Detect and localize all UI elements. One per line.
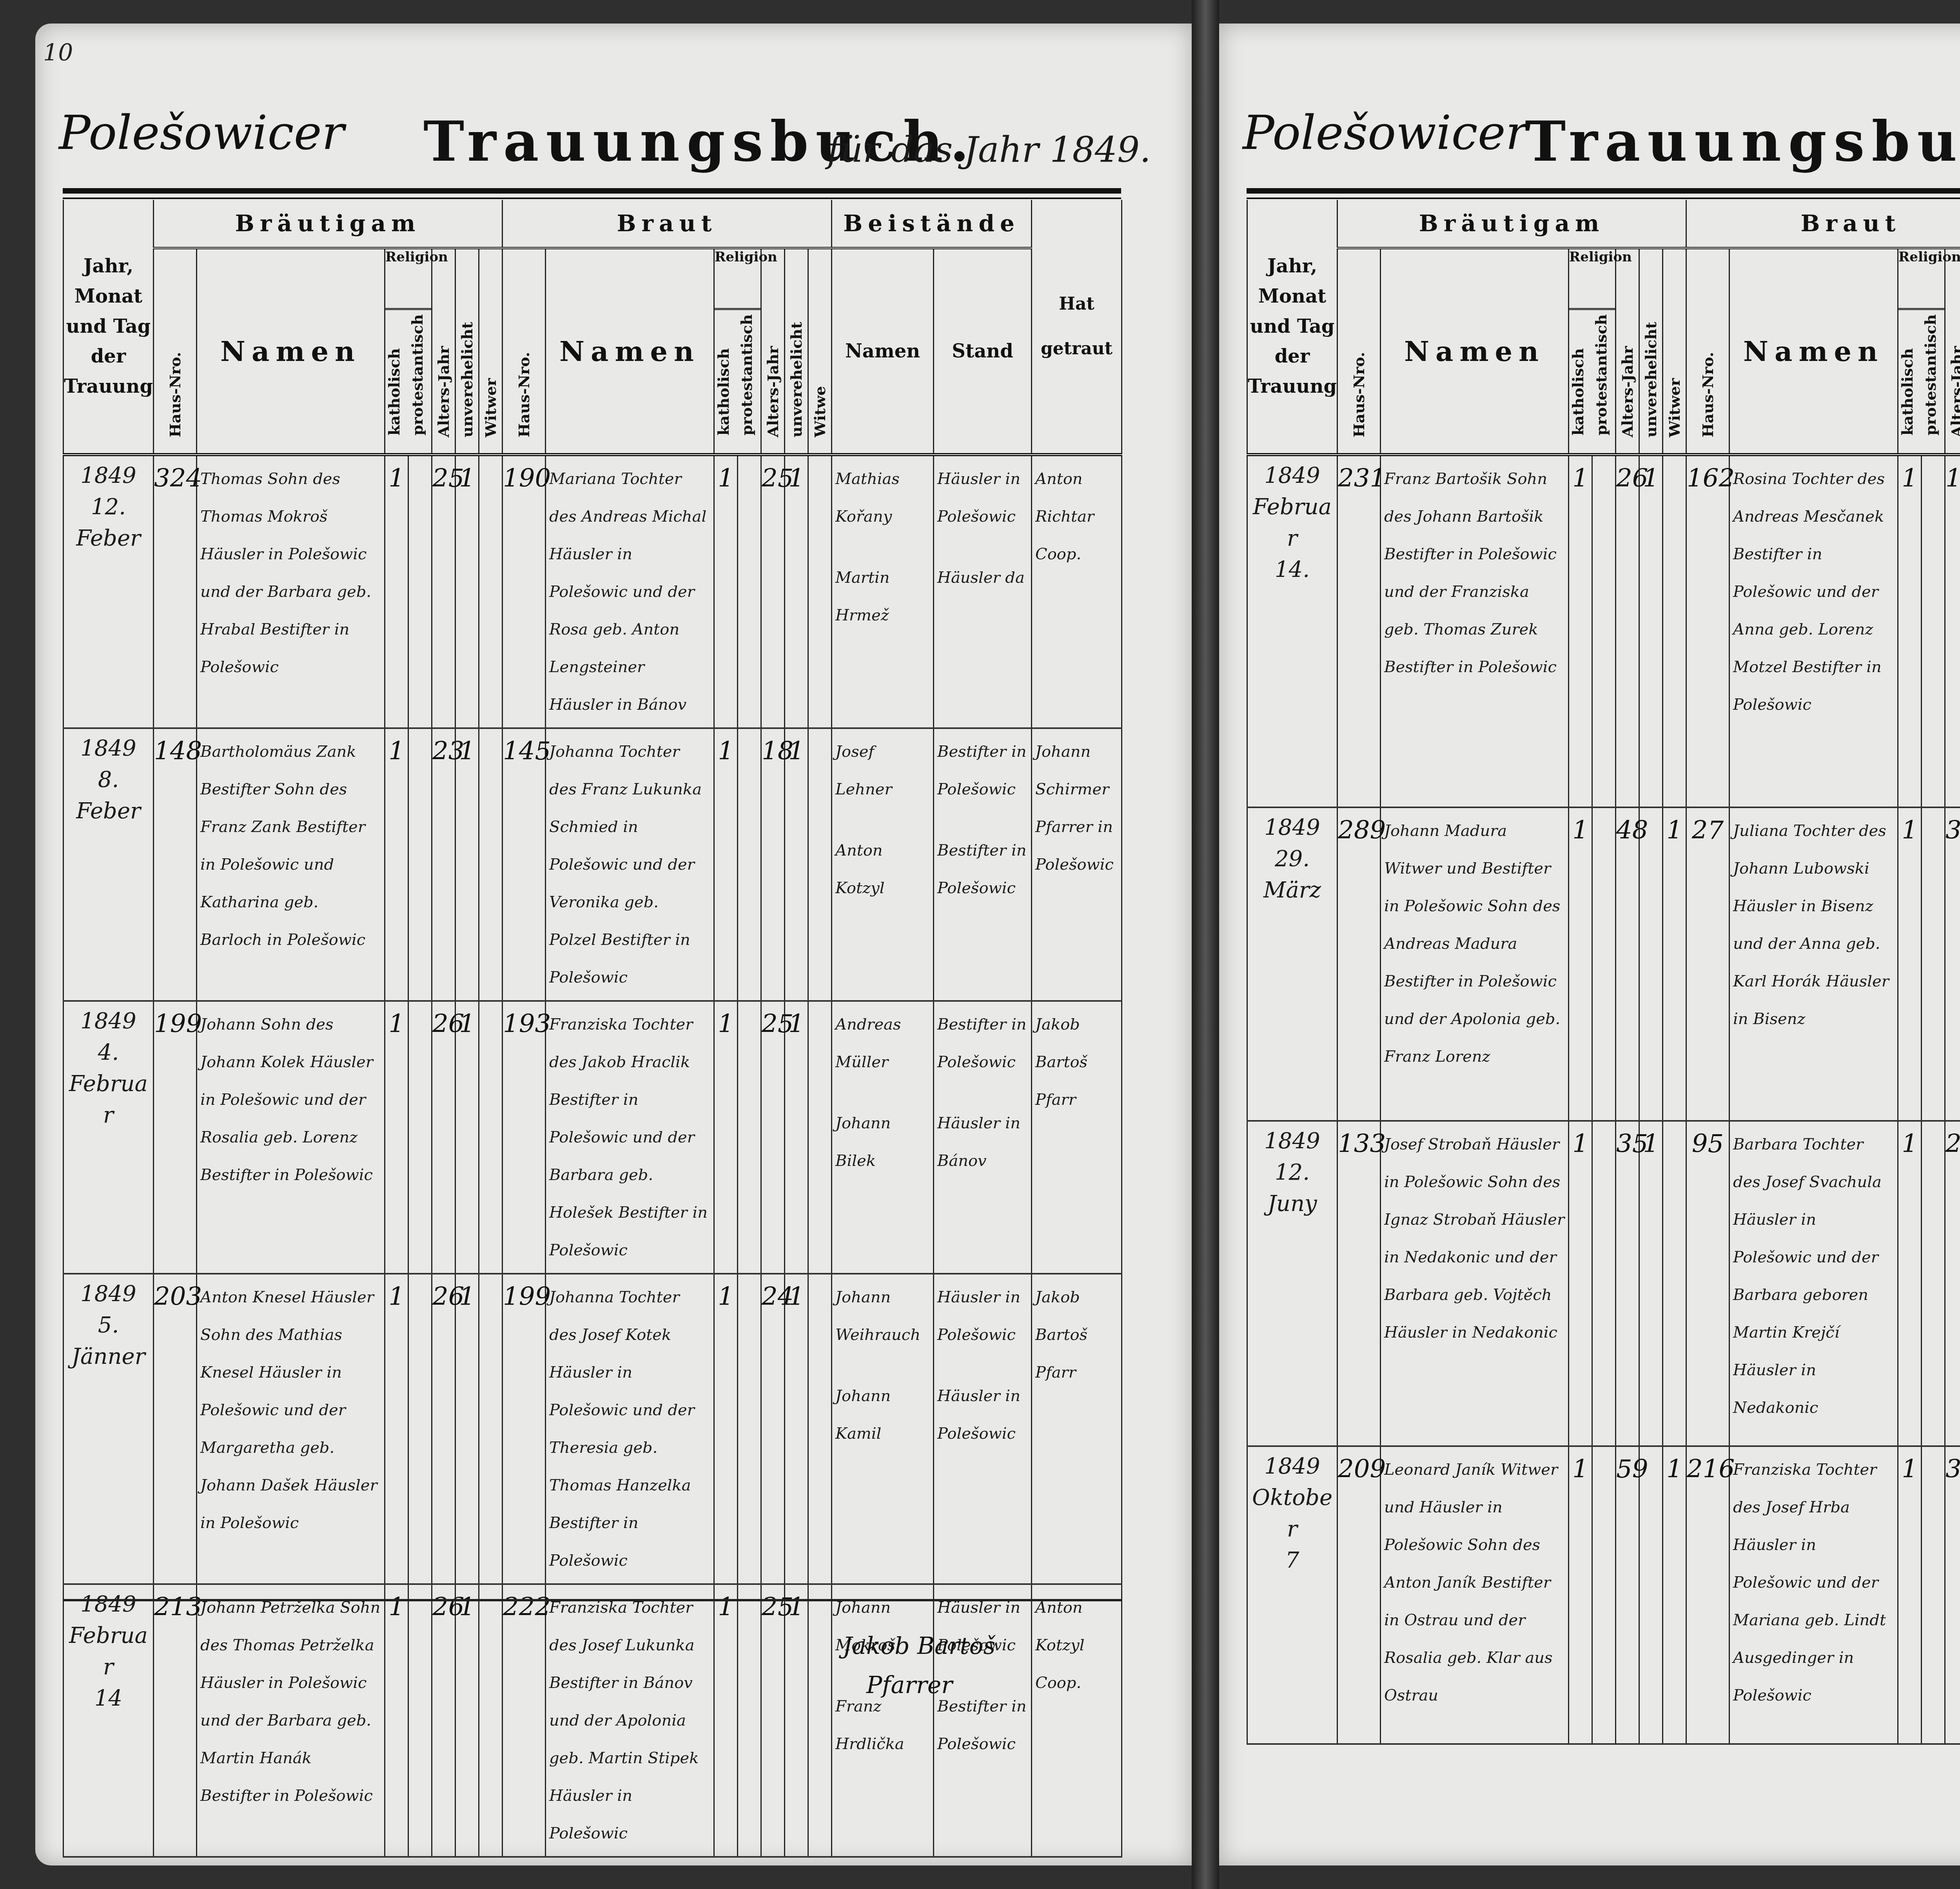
register-entry: 1849Februar14213Johann Petrželka Sohn de… xyxy=(64,1584,1122,1857)
groom-widower-mark xyxy=(479,1001,503,1274)
bride-widow-mark xyxy=(808,1584,832,1857)
date-line: Oktober xyxy=(1251,1482,1334,1545)
bride-catholic-mark: 1 xyxy=(714,1274,738,1584)
bride-description: Franziska Tochter des Josef Lukunka Best… xyxy=(546,1584,714,1857)
witness-status-text: Häusler da xyxy=(937,559,1028,596)
bride-widow-header-label: Witwe xyxy=(811,249,829,437)
groom-catholic-mark: 1 xyxy=(385,728,408,1001)
header-sub-row: Haus-Nro.NamenReligionkatholischprotesta… xyxy=(64,248,1122,455)
groom-catholic-label: katholisch xyxy=(385,310,408,435)
groom-widower-mark xyxy=(1663,1121,1686,1446)
marriage-date: 1849Februar14. xyxy=(1247,455,1338,807)
bride-unmarried-mark: 1 xyxy=(785,1584,808,1857)
marriage-date: 18498. Feber xyxy=(64,728,154,1001)
witness-status-text: Bestifter in Polešowic xyxy=(937,733,1028,808)
witness-names: Johann MokrošFranz Hrdlička xyxy=(832,1584,934,1857)
groom-description: Leonard Janík Witwer und Häusler in Pole… xyxy=(1381,1446,1569,1744)
groom-widower-header: Witwer xyxy=(479,248,503,455)
closing-rule xyxy=(63,1599,1121,1601)
bride-name-header: Namen xyxy=(1730,248,1898,455)
marriage-date: 18494. Februar xyxy=(64,1001,154,1274)
groom-widower-mark: 1 xyxy=(1663,807,1686,1121)
bride-description: Mariana Tochter des Andreas Michal Häusl… xyxy=(546,455,714,728)
groom-description: Josef Strobaň Häusler in Polešowic Sohn … xyxy=(1381,1121,1569,1446)
groom-unmarried-mark xyxy=(1639,807,1663,1121)
groom-religion-split: katholischprotestantisch xyxy=(385,310,431,435)
witness-status-text: Häusler in Polešowic xyxy=(937,1278,1028,1354)
bride-religion-header: Religionkatholischprotestantisch xyxy=(1898,248,1945,455)
groom-protestant-mark xyxy=(408,1584,432,1857)
bride-age: 26 xyxy=(1945,1121,1960,1446)
groom-catholic-mark: 1 xyxy=(385,1001,408,1274)
groom-protestant-mark xyxy=(408,455,432,728)
date-line: Februar xyxy=(67,1620,150,1683)
groom-widower-mark xyxy=(479,1274,503,1584)
groom-catholic-label: katholisch xyxy=(1569,310,1592,435)
bride-age: 36 xyxy=(1945,1446,1960,1744)
date-header-line: und Tag xyxy=(1248,312,1337,342)
header-sub-row: Haus-Nro.NamenReligionkatholischprotesta… xyxy=(1247,248,1960,455)
bride-age-header-label: Alters-Jahr xyxy=(764,249,782,437)
date-line: 7 xyxy=(1251,1545,1334,1576)
register-entry: 18494. Februar199Johann Sohn des Johann … xyxy=(64,1001,1122,1274)
witness-names: Johann WeihrauchJohann Kamil xyxy=(832,1274,934,1584)
groom-age-header: Alters-Jahr xyxy=(432,248,456,455)
groom-age-header-label: Alters-Jahr xyxy=(435,249,452,437)
date-line: 1849 xyxy=(1251,812,1334,843)
bride-house-header-label: Haus-Nro. xyxy=(1699,249,1717,437)
groom-age: 25 xyxy=(432,455,456,728)
bride-catholic-mark: 1 xyxy=(714,1001,738,1274)
groom-house-number: 199 xyxy=(154,1001,197,1274)
groom-protestant-mark xyxy=(1592,1121,1616,1446)
witness-status-text: Bestifter in Polešowic xyxy=(937,832,1028,907)
groom-protestant-mark xyxy=(1592,455,1616,807)
date-header-line: der xyxy=(1248,341,1337,372)
date-header-line: Trauung xyxy=(64,372,153,402)
bride-protestant-mark xyxy=(738,728,761,1001)
witness-name: Anton Kotzyl xyxy=(835,832,930,907)
bride-house-number: 216 xyxy=(1686,1446,1730,1744)
date-header-line: Monat xyxy=(64,281,153,312)
bride-description: Franziska Tochter des Jakob Hraclik Best… xyxy=(546,1001,714,1274)
groom-protestant-label: protestantisch xyxy=(408,310,432,435)
groom-protestant-mark xyxy=(1592,807,1616,1121)
witness-status: Häusler in PolešowicHäusler da xyxy=(934,455,1032,728)
date-line: 1849 xyxy=(67,733,150,764)
groom-religion-label: Religion xyxy=(385,249,431,310)
register-entry: 18495. Jänner203Anton Knesel Häusler Soh… xyxy=(64,1274,1122,1584)
bride-house-number: 27 xyxy=(1686,807,1730,1121)
date-header-line: Jahr, xyxy=(64,251,153,281)
groom-religion-label: Religion xyxy=(1569,249,1615,310)
register-entry: 184912. Juny133Josef Strobaň Häusler in … xyxy=(1247,1121,1960,1446)
right-page: 11 Polešowicer Trauungsbuch. für das Jah… xyxy=(1219,24,1960,1865)
bride-widow-mark xyxy=(808,1001,832,1274)
date-line: 1849 xyxy=(67,1278,150,1310)
groom-age: 26 xyxy=(432,1274,456,1584)
left-page: 10 Polešowicer Trauungsbuch. für das Jah… xyxy=(35,24,1192,1865)
groom-house-number: 148 xyxy=(154,728,197,1001)
witness-name: Mathias Kořany xyxy=(835,460,930,535)
bride-catholic-mark: 1 xyxy=(714,728,738,1001)
parish-name: Polešowicer xyxy=(1243,106,1528,160)
date-line: 5. Jänner xyxy=(67,1310,150,1372)
date-line: 1849 xyxy=(67,1006,150,1037)
bride-widow-mark xyxy=(808,455,832,728)
groom-widower-mark xyxy=(479,728,503,1001)
bride-protestant-label: protestantisch xyxy=(1922,310,1945,435)
marriage-date: 1849Februar14 xyxy=(64,1584,154,1857)
groom-description: Johann Sohn des Johann Kolek Häusler in … xyxy=(197,1001,385,1274)
groom-widower-header: Witwer xyxy=(1663,248,1686,455)
witness-status-text: Häusler in Bánov xyxy=(937,1104,1028,1180)
groom-unmarried-header-label: unverehelicht xyxy=(458,249,476,437)
groom-house-number: 231 xyxy=(1338,455,1381,807)
groom-widower-header-label: Witwer xyxy=(482,249,499,437)
bride-protestant-mark xyxy=(738,455,761,728)
witness-status-header: Stand xyxy=(934,248,1032,455)
bride-age: 19 xyxy=(1945,455,1960,807)
bride-religion-split: katholischprotestantisch xyxy=(715,310,760,435)
register-entry: 184929. März289Johann Madura Witwer und … xyxy=(1247,807,1960,1121)
witness-names: Mathias KořanyMartin Hrmež xyxy=(832,455,934,728)
witness-status: Häusler in PolešowicBestifter in Polešow… xyxy=(934,1584,1032,1857)
date-line: 1849 xyxy=(1251,1451,1334,1482)
bride-description: Franziska Tochter des Josef Hrba Häusler… xyxy=(1730,1446,1898,1744)
date-line: 1849 xyxy=(1251,460,1334,491)
page-number: 10 xyxy=(43,39,73,67)
groom-age: 26 xyxy=(1616,455,1639,807)
groom-house-header-label: Haus-Nro. xyxy=(1350,249,1368,437)
groom-unmarried-mark: 1 xyxy=(456,728,479,1001)
bride-house-header-label: Haus-Nro. xyxy=(515,249,533,437)
date-header-line: der xyxy=(64,341,153,372)
bride-house-number: 95 xyxy=(1686,1121,1730,1446)
bride-age: 30 xyxy=(1945,807,1960,1121)
register-entry: 1849Februar14.231Franz Bartošik Sohn des… xyxy=(1247,455,1960,807)
register-entry: 184912. Feber324Thomas Sohn des Thomas M… xyxy=(64,455,1122,728)
header-group-row: Jahr,Monatund TagderTrauungBräutigamBrau… xyxy=(64,200,1122,248)
witness-status-text: Häusler in Polešowic xyxy=(937,460,1028,535)
date-line: 4. Februar xyxy=(67,1037,150,1131)
groom-age-header: Alters-Jahr xyxy=(1616,248,1639,455)
date-line: 14. xyxy=(1251,554,1334,586)
bride-house-header: Haus-Nro. xyxy=(503,248,546,455)
groom-unmarried-mark: 1 xyxy=(456,1584,479,1857)
bride-catholic-label: katholisch xyxy=(715,310,738,435)
bride-house-header: Haus-Nro. xyxy=(1686,248,1730,455)
groom-religion-header: Religionkatholischprotestantisch xyxy=(1569,248,1616,455)
bride-protestant-mark xyxy=(1922,1446,1945,1744)
groom-description: Johann Petrželka Sohn des Thomas Petržel… xyxy=(197,1584,385,1857)
bride-religion-header: Religionkatholischprotestantisch xyxy=(714,248,761,455)
groom-description: Johann Madura Witwer und Bestifter in Po… xyxy=(1381,807,1569,1121)
groom-unmarried-mark xyxy=(1639,1446,1663,1744)
bride-age-header: Alters-Jahr xyxy=(1945,248,1960,455)
witness-status: Bestifter in PolešowicHäusler in Bánov xyxy=(934,1001,1032,1274)
groom-protestant-label: protestantisch xyxy=(1592,310,1615,435)
groom-catholic-mark: 1 xyxy=(1569,1446,1592,1744)
groom-catholic-mark: 1 xyxy=(1569,807,1592,1121)
groom-widower-mark xyxy=(1663,455,1686,807)
bride-house-number: 222 xyxy=(503,1584,546,1857)
header-rule xyxy=(63,188,1121,194)
groom-protestant-mark xyxy=(408,728,432,1001)
groom-unmarried-mark: 1 xyxy=(1639,1121,1663,1446)
groom-age-header-label: Alters-Jahr xyxy=(1619,249,1636,437)
witness-name: Johann Weihrauch xyxy=(835,1278,930,1354)
bride-widow-mark xyxy=(808,728,832,1001)
bride-group-header: Braut xyxy=(503,200,832,248)
groom-age: 35 xyxy=(1616,1121,1639,1446)
bride-catholic-mark: 1 xyxy=(1898,1446,1922,1744)
groom-religion-header: Religionkatholischprotestantisch xyxy=(385,248,432,455)
bride-age-header-label: Alters-Jahr xyxy=(1948,249,1960,437)
officiant: Johann Schirmer Pfarrer in Polešowic xyxy=(1032,728,1122,1001)
signature-name: Jakob Bartoš xyxy=(843,1626,995,1666)
bride-protestant-mark xyxy=(738,1584,761,1857)
groom-house-number: 209 xyxy=(1338,1446,1381,1744)
groom-house-number: 133 xyxy=(1338,1121,1381,1446)
groom-name-header: Namen xyxy=(197,248,385,455)
date-line: 12. Juny xyxy=(1251,1157,1334,1220)
officiant-column-header: Hat getraut xyxy=(1032,200,1122,455)
witness-name: Josef Lehner xyxy=(835,733,930,808)
bride-widow-mark xyxy=(808,1274,832,1584)
groom-age: 23 xyxy=(432,728,456,1001)
witness-status: Bestifter in PolešowicBestifter in Poleš… xyxy=(934,728,1032,1001)
bride-description: Juliana Tochter des Johann Lubowski Häus… xyxy=(1730,807,1898,1121)
year-phrase: für das Jahr 1849. xyxy=(827,129,1151,170)
groom-description: Anton Knesel Häusler Sohn des Mathias Kn… xyxy=(197,1274,385,1584)
groom-description: Thomas Sohn des Thomas Mokroš Häusler in… xyxy=(197,455,385,728)
bride-group-header: Braut xyxy=(1686,200,1960,248)
parish-name: Polešowicer xyxy=(59,106,344,160)
groom-unmarried-header: unverehelicht xyxy=(1639,248,1663,455)
witness-name: Martin Hrmež xyxy=(835,559,930,634)
groom-house-number: 289 xyxy=(1338,807,1381,1121)
bride-house-number: 162 xyxy=(1686,455,1730,807)
groom-description: Bartholomäus Zank Bestifter Sohn des Fra… xyxy=(197,728,385,1001)
bride-age: 25 xyxy=(761,1584,785,1857)
date-line: Februar xyxy=(1251,491,1334,554)
register-spread: 10 Polešowicer Trauungsbuch. für das Jah… xyxy=(0,0,1960,1889)
officiant: Jakob Bartoš Pfarr xyxy=(1032,1274,1122,1584)
bride-unmarried-mark: 1 xyxy=(785,455,808,728)
groom-house-header-label: Haus-Nro. xyxy=(166,249,184,437)
witness-name: Johann Kamil xyxy=(835,1377,930,1452)
bride-catholic-mark: 1 xyxy=(714,1584,738,1857)
witness-status: Häusler in PolešowicHäusler in Polešowic xyxy=(934,1274,1032,1584)
page-header: Polešowicer Trauungsbuch. für das Jahr 1… xyxy=(1243,94,1960,172)
groom-unmarried-mark: 1 xyxy=(456,1001,479,1274)
date-header-line: Jahr, xyxy=(1248,251,1337,281)
header-group-row: Jahr,Monatund TagderTrauungBräutigamBrau… xyxy=(1247,200,1960,248)
groom-catholic-mark: 1 xyxy=(385,1274,408,1584)
groom-age: 59 xyxy=(1616,1446,1639,1744)
witness-name-header: Namen xyxy=(832,248,934,455)
bride-unmarried-mark: 1 xyxy=(785,728,808,1001)
bride-religion-label: Religion xyxy=(715,249,760,310)
witness-names: Josef LehnerAnton Kotzyl xyxy=(832,728,934,1001)
date-header-line: Trauung xyxy=(1248,372,1337,402)
groom-unmarried-mark: 1 xyxy=(456,1274,479,1584)
bride-catholic-mark: 1 xyxy=(1898,1121,1922,1446)
bride-age: 25 xyxy=(761,1001,785,1274)
witness-status-text: Bestifter in Polešowic xyxy=(937,1006,1028,1081)
date-line: 1849 xyxy=(67,1589,150,1620)
date-line: 12. Feber xyxy=(67,491,150,554)
bride-protestant-mark xyxy=(1922,1121,1945,1446)
signature: Jakob Bartoš Pfarrer xyxy=(843,1626,995,1705)
marriage-date: 184929. März xyxy=(1247,807,1338,1121)
witness-name: Andreas Müller xyxy=(835,1006,930,1081)
register-table: Jahr,Monatund TagderTrauungBräutigamBrau… xyxy=(1247,200,1960,1745)
groom-name-header: Namen xyxy=(1381,248,1569,455)
groom-catholic-mark: 1 xyxy=(1569,1121,1592,1446)
date-line: 29. März xyxy=(1251,843,1334,906)
groom-widower-mark: 1 xyxy=(1663,1446,1686,1744)
bride-protestant-mark xyxy=(738,1274,761,1584)
witnesses-group-header: Beistände xyxy=(832,200,1032,248)
bride-age: 18 xyxy=(761,728,785,1001)
officiant: Anton Richtar Coop. xyxy=(1032,455,1122,728)
groom-age: 26 xyxy=(432,1001,456,1274)
groom-protestant-mark xyxy=(408,1274,432,1584)
date-column-header: Jahr,Monatund TagderTrauung xyxy=(64,200,154,455)
date-header-line: und Tag xyxy=(64,312,153,342)
bride-protestant-label: protestantisch xyxy=(738,310,761,435)
groom-group-header: Bräutigam xyxy=(154,200,503,248)
groom-house-header: Haus-Nro. xyxy=(1338,248,1381,455)
signature-title: Pfarrer xyxy=(843,1666,995,1705)
bride-unmarried-mark: 1 xyxy=(785,1274,808,1584)
groom-unmarried-header-label: unverehelicht xyxy=(1642,249,1660,437)
groom-house-number: 203 xyxy=(154,1274,197,1584)
date-header-line: Monat xyxy=(1248,281,1337,312)
bride-unmarried-header-label: unverehelicht xyxy=(788,249,805,437)
groom-unmarried-header: unverehelicht xyxy=(456,248,479,455)
bride-unmarried-mark: 1 xyxy=(785,1001,808,1274)
groom-age: 26 xyxy=(432,1584,456,1857)
bride-house-number: 145 xyxy=(503,728,546,1001)
groom-house-number: 213 xyxy=(154,1584,197,1857)
marriage-date: 1849Oktober7 xyxy=(1247,1446,1338,1744)
date-line: 1849 xyxy=(67,460,150,491)
header-rule-thin xyxy=(1247,198,1960,199)
bride-catholic-mark: 1 xyxy=(1898,455,1922,807)
bride-unmarried-header: unverehelicht xyxy=(785,248,808,455)
page-header: Polešowicer Trauungsbuch. für das Jahr 1… xyxy=(59,94,1168,172)
groom-group-header: Bräutigam xyxy=(1338,200,1686,248)
bride-house-number: 199 xyxy=(503,1274,546,1584)
bride-description: Barbara Tochter des Josef Svachula Häusl… xyxy=(1730,1121,1898,1446)
bride-catholic-label: katholisch xyxy=(1898,310,1922,435)
bride-protestant-mark xyxy=(1922,455,1945,807)
bride-religion-split: katholischprotestantisch xyxy=(1898,310,1944,435)
date-column-header: Jahr,Monatund TagderTrauung xyxy=(1247,200,1338,455)
groom-catholic-mark: 1 xyxy=(1569,455,1592,807)
bride-house-number: 190 xyxy=(503,455,546,728)
bride-age: 24 xyxy=(761,1274,785,1584)
bride-protestant-mark xyxy=(1922,807,1945,1121)
marriage-date: 184912. Feber xyxy=(64,455,154,728)
date-line: 8. Feber xyxy=(67,764,150,827)
officiant: Anton Kotzyl Coop. xyxy=(1032,1584,1122,1857)
groom-widower-mark xyxy=(479,1584,503,1857)
groom-age: 48 xyxy=(1616,807,1639,1121)
bride-description: Johanna Tochter des Josef Kotek Häusler … xyxy=(546,1274,714,1584)
book-title: Trauungsbuch. xyxy=(1525,110,1960,174)
witness-names: Andreas MüllerJohann Bilek xyxy=(832,1001,934,1274)
bride-religion-label: Religion xyxy=(1898,249,1944,310)
bride-catholic-mark: 1 xyxy=(714,455,738,728)
register-table: Jahr,Monatund TagderTrauungBräutigamBrau… xyxy=(63,200,1122,1858)
groom-description: Franz Bartošik Sohn des Johann Bartošik … xyxy=(1381,455,1569,807)
header-rule-thin xyxy=(63,198,1121,199)
register-entry: 18498. Feber148Bartholomäus Zank Bestift… xyxy=(64,728,1122,1001)
witness-name: Johann Bilek xyxy=(835,1104,930,1180)
witness-status-text: Häusler in Polešowic xyxy=(937,1377,1028,1452)
groom-house-number: 324 xyxy=(154,455,197,728)
register-entry: 1849Oktober7209Leonard Janík Witwer und … xyxy=(1247,1446,1960,1744)
marriage-date: 18495. Jänner xyxy=(64,1274,154,1584)
date-line: 14 xyxy=(67,1683,150,1714)
groom-unmarried-mark: 1 xyxy=(1639,455,1663,807)
bride-catholic-mark: 1 xyxy=(1898,807,1922,1121)
groom-protestant-mark xyxy=(1592,1446,1616,1744)
bride-widow-header: Witwe xyxy=(808,248,832,455)
groom-widower-header-label: Witwer xyxy=(1666,249,1683,437)
bride-age-header: Alters-Jahr xyxy=(761,248,785,455)
groom-protestant-mark xyxy=(408,1001,432,1274)
book-gutter xyxy=(1192,0,1219,1889)
bride-description: Johanna Tochter des Franz Lukunka Schmie… xyxy=(546,728,714,1001)
groom-religion-split: katholischprotestantisch xyxy=(1569,310,1615,435)
groom-house-header: Haus-Nro. xyxy=(154,248,197,455)
groom-catholic-mark: 1 xyxy=(385,1584,408,1857)
bride-age: 25 xyxy=(761,455,785,728)
bride-description: Rosina Tochter des Andreas Mesčanek Best… xyxy=(1730,455,1898,807)
groom-widower-mark xyxy=(479,455,503,728)
date-line: 1849 xyxy=(1251,1126,1334,1157)
bride-name-header: Namen xyxy=(546,248,714,455)
marriage-date: 184912. Juny xyxy=(1247,1121,1338,1446)
groom-catholic-mark: 1 xyxy=(385,455,408,728)
groom-unmarried-mark: 1 xyxy=(456,455,479,728)
bride-house-number: 193 xyxy=(503,1001,546,1274)
bride-protestant-mark xyxy=(738,1001,761,1274)
header-rule xyxy=(1247,188,1960,194)
officiant: Jakob Bartoš Pfarr xyxy=(1032,1001,1122,1274)
